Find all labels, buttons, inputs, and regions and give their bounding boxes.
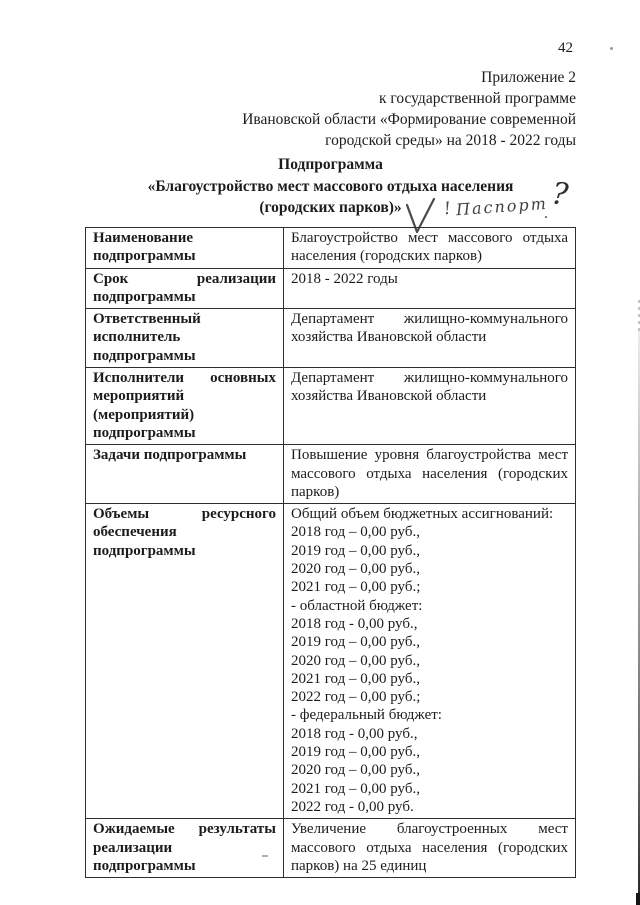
budget-line: 2018 год – 0,00 руб., (291, 523, 568, 541)
scan-artifact-corner (636, 893, 640, 905)
handwritten-dot: . (544, 205, 548, 223)
row-value: Повышение уровня благоустройства мест ма… (284, 445, 576, 504)
row-label: Срок реализации подпрограммы (86, 268, 284, 309)
budget-line: 2022 год - 0,00 руб. (291, 798, 568, 816)
row-label: Задачи подпрограммы (86, 445, 284, 504)
budget-line: 2019 год – 0,00 руб., (291, 633, 568, 651)
budget-line: - федеральный бюджет: (291, 706, 568, 724)
table-row: Исполнители основных мероприятий (меропр… (86, 368, 576, 445)
table-row: Задачи подпрограммы Повышение уровня бла… (86, 445, 576, 504)
table-row: Объемы ресурсного обеспечения подпрограм… (86, 504, 576, 819)
budget-line: 2019 год – 0,00 руб., (291, 542, 568, 560)
row-value: Департамент жилищно-коммунального хозяйс… (284, 309, 576, 368)
table-row: Ожидаемые результаты реализации подпрогр… (86, 819, 576, 878)
row-value: Увеличение благоустроенных мест массовог… (284, 819, 576, 878)
budget-line: 2020 год – 0,00 руб., (291, 560, 568, 578)
budget-line: 2022 год – 0,00 руб.; (291, 688, 568, 706)
subprogram-passport-table: Наименование подпрограммы Благоустройств… (85, 227, 576, 878)
row-label: Ответственный исполнитель подпрограммы (86, 309, 284, 368)
header-line: Ивановской области «Формирование совреме… (242, 109, 576, 130)
title-line: Подпрограмма (85, 154, 576, 176)
budget-line: 2019 год – 0,00 руб., (291, 743, 568, 761)
handwritten-word: Паспорт (455, 194, 548, 219)
appendix-header: Приложение 2 к государственной программе… (242, 67, 576, 151)
budget-line: 2021 год – 0,00 руб., (291, 780, 568, 798)
header-line: Приложение 2 (242, 67, 576, 88)
row-label: Ожидаемые результаты реализации подпрогр… (86, 819, 284, 878)
row-label: Объемы ресурсного обеспечения подпрограм… (86, 504, 284, 819)
row-value: 2018 - 2022 годы (284, 268, 576, 309)
table-row: Срок реализации подпрограммы 2018 - 2022… (86, 268, 576, 309)
scan-artifact-dot (610, 47, 613, 50)
header-line: к государственной программе (242, 88, 576, 109)
handwritten-annotation: ! Паспорт . ? (398, 183, 578, 233)
budget-line: Общий объем бюджетных ассигнований: (291, 505, 568, 523)
budget-line: - областной бюджет: (291, 597, 568, 615)
table-row: Наименование подпрограммы Благоустройств… (86, 228, 576, 269)
handwritten-stroke: ! (443, 199, 453, 220)
row-value: Благоустройство мест массового отдыха на… (284, 228, 576, 269)
budget-line: 2018 год - 0,00 руб., (291, 615, 568, 633)
page-number: 42 (558, 40, 573, 57)
row-label: Исполнители основных мероприятий (меропр… (86, 368, 284, 445)
document-page: 42 Приложение 2 к государственной програ… (0, 0, 640, 905)
budget-line: 2020 год – 0,00 руб., (291, 652, 568, 670)
scan-artifact-dash (262, 855, 268, 857)
budget-line: 2018 год - 0,00 руб., (291, 725, 568, 743)
budget-line: 2021 год – 0,00 руб., (291, 670, 568, 688)
row-label: Наименование подпрограммы (86, 228, 284, 269)
budget-line: 2021 год – 0,00 руб.; (291, 578, 568, 596)
budget-line: 2020 год – 0,00 руб., (291, 761, 568, 779)
handwritten-question-mark: ? (550, 176, 570, 212)
table-row: Ответственный исполнитель подпрограммы Д… (86, 309, 576, 368)
row-value: Департамент жилищно-коммунального хозяйс… (284, 368, 576, 445)
row-value-budget: Общий объем бюджетных ассигнований: 2018… (284, 504, 576, 819)
header-line: городской среды» на 2018 - 2022 годы (242, 130, 576, 151)
